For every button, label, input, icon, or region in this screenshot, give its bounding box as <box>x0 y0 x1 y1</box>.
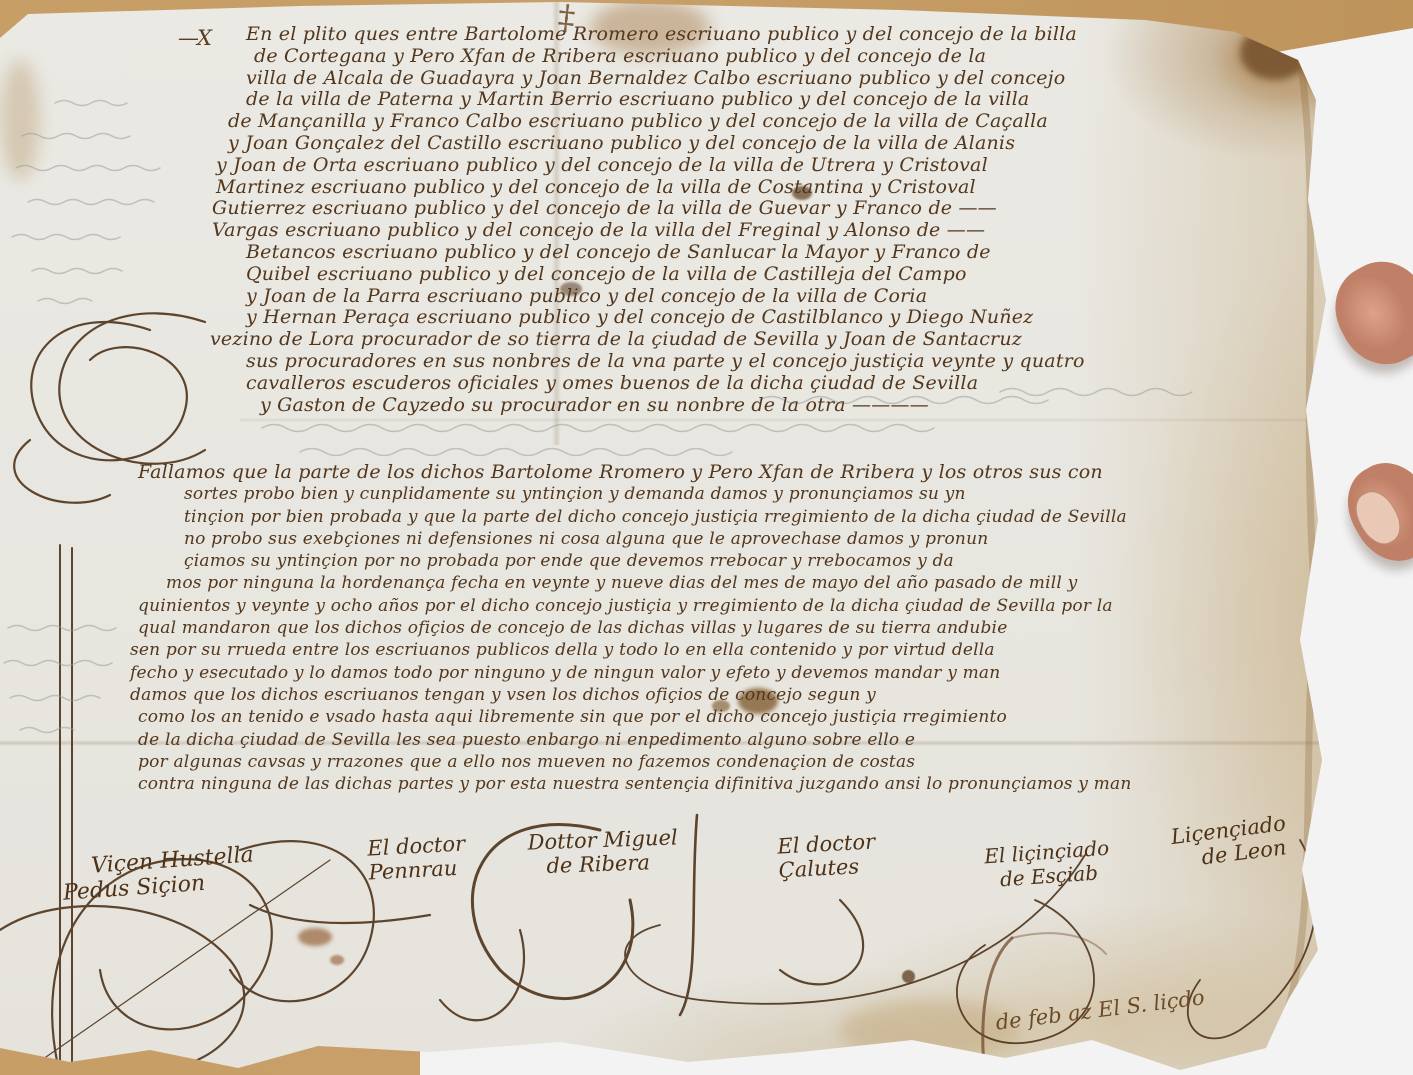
manuscript-line: como los an tenido e vsado hasta aqui li… <box>138 706 1132 728</box>
signature: El doctor Pennrau <box>367 831 467 884</box>
manuscript-line: fecho y esecutado y lo damos todo por ni… <box>130 662 1132 684</box>
manuscript-line: villa de Alcala de Guadayra y Joan Berna… <box>246 68 1085 90</box>
manuscript-line: y Joan de Orta escriuano publico y del c… <box>216 155 1085 177</box>
manuscript-page: ‡ —X En el plito ques entre Bartolome Rr… <box>0 0 1413 1075</box>
manuscript-line: Vargas escriuano publico y del concejo d… <box>212 220 1085 242</box>
signature-name: de Ribera <box>546 849 679 878</box>
paragraph-sentence: Fallamos que la parte de los dichos Bart… <box>138 461 1132 795</box>
manuscript-line: mos por ninguna la hordenança fecha en v… <box>166 572 1132 594</box>
manuscript-line: de Cortegana y Pero Xfan de Rribera escr… <box>254 46 1085 68</box>
manuscript-line: qual mandaron que los dichos ofiçios de … <box>138 617 1132 639</box>
signature-name: El doctor <box>777 829 876 858</box>
manuscript-line: cavalleros escuderos oficiales y omes bu… <box>246 373 1085 395</box>
manuscript-line: Gutierrez escriuano publico y del concej… <box>212 198 1085 220</box>
manuscript-line: Quibel escriuano publico y del concejo d… <box>246 264 1085 286</box>
manuscript-line: En el plito ques entre Bartolome Rromero… <box>246 24 1085 46</box>
manuscript-line: por algunas cavsas y rrazones que a ello… <box>138 751 1132 773</box>
manuscript-line: tinçion por bien probada y que la parte … <box>184 506 1132 528</box>
signature-name: Çalutes <box>778 853 877 882</box>
signature-name: Pennrau <box>368 855 467 884</box>
manuscript-line: Fallamos que la parte de los dichos Bart… <box>138 461 1132 483</box>
opening-mark: —X <box>178 26 210 50</box>
photo-canvas: ‡ —X En el plito ques entre Bartolome Rr… <box>0 0 1413 1075</box>
manuscript-line: y Joan Gonçalez del Castillo escriuano p… <box>228 133 1085 155</box>
manuscript-line: de la villa de Paterna y Martin Berrio e… <box>246 89 1085 111</box>
signature: Dottor Miguel de Ribera <box>527 825 679 878</box>
manuscript-line: y Hernan Peraça escriuano publico y del … <box>246 307 1085 329</box>
manuscript-line: çiamos su yntinçion por no probada por e… <box>184 550 1132 572</box>
paragraph-intro: En el plito ques entre Bartolome Rromero… <box>246 24 1085 416</box>
manuscript-line: de Mançanilla y Franco Calbo escriuano p… <box>228 111 1085 133</box>
manuscript-line: sortes probo bien y cunplidamente su ynt… <box>184 483 1132 505</box>
manuscript-line: sen por su rrueda entre los escriuanos p… <box>130 639 1132 661</box>
manuscript-line: no probo sus exebçiones ni defensiones n… <box>184 528 1132 550</box>
signature: El doctor Çalutes <box>777 829 877 882</box>
manuscript-line: de la dicha çiudad de Sevilla les sea pu… <box>138 729 1132 751</box>
manuscript-line: sus procuradores en sus nonbres de la vn… <box>246 351 1085 373</box>
manuscript-line: Betancos escriuano publico y del concejo… <box>246 242 1085 264</box>
manuscript-line: contra ninguna de las dichas partes y po… <box>138 773 1132 795</box>
manuscript-line: Martinez escriuano publico y del concejo… <box>216 177 1085 199</box>
manuscript-line: y Gaston de Cayzedo su procurador en su … <box>260 395 1085 417</box>
manuscript-line: damos que los dichos escriuanos tengan y… <box>130 684 1132 706</box>
signature: El liçinçiado de Esçiab <box>983 836 1111 893</box>
manuscript-line: quinientos y veynte y ocho años por el d… <box>138 595 1132 617</box>
manuscript-line: vezino de Lora procurador de so tierra d… <box>210 329 1085 351</box>
manuscript-line: y Joan de la Parra escriuano publico y d… <box>246 286 1085 308</box>
